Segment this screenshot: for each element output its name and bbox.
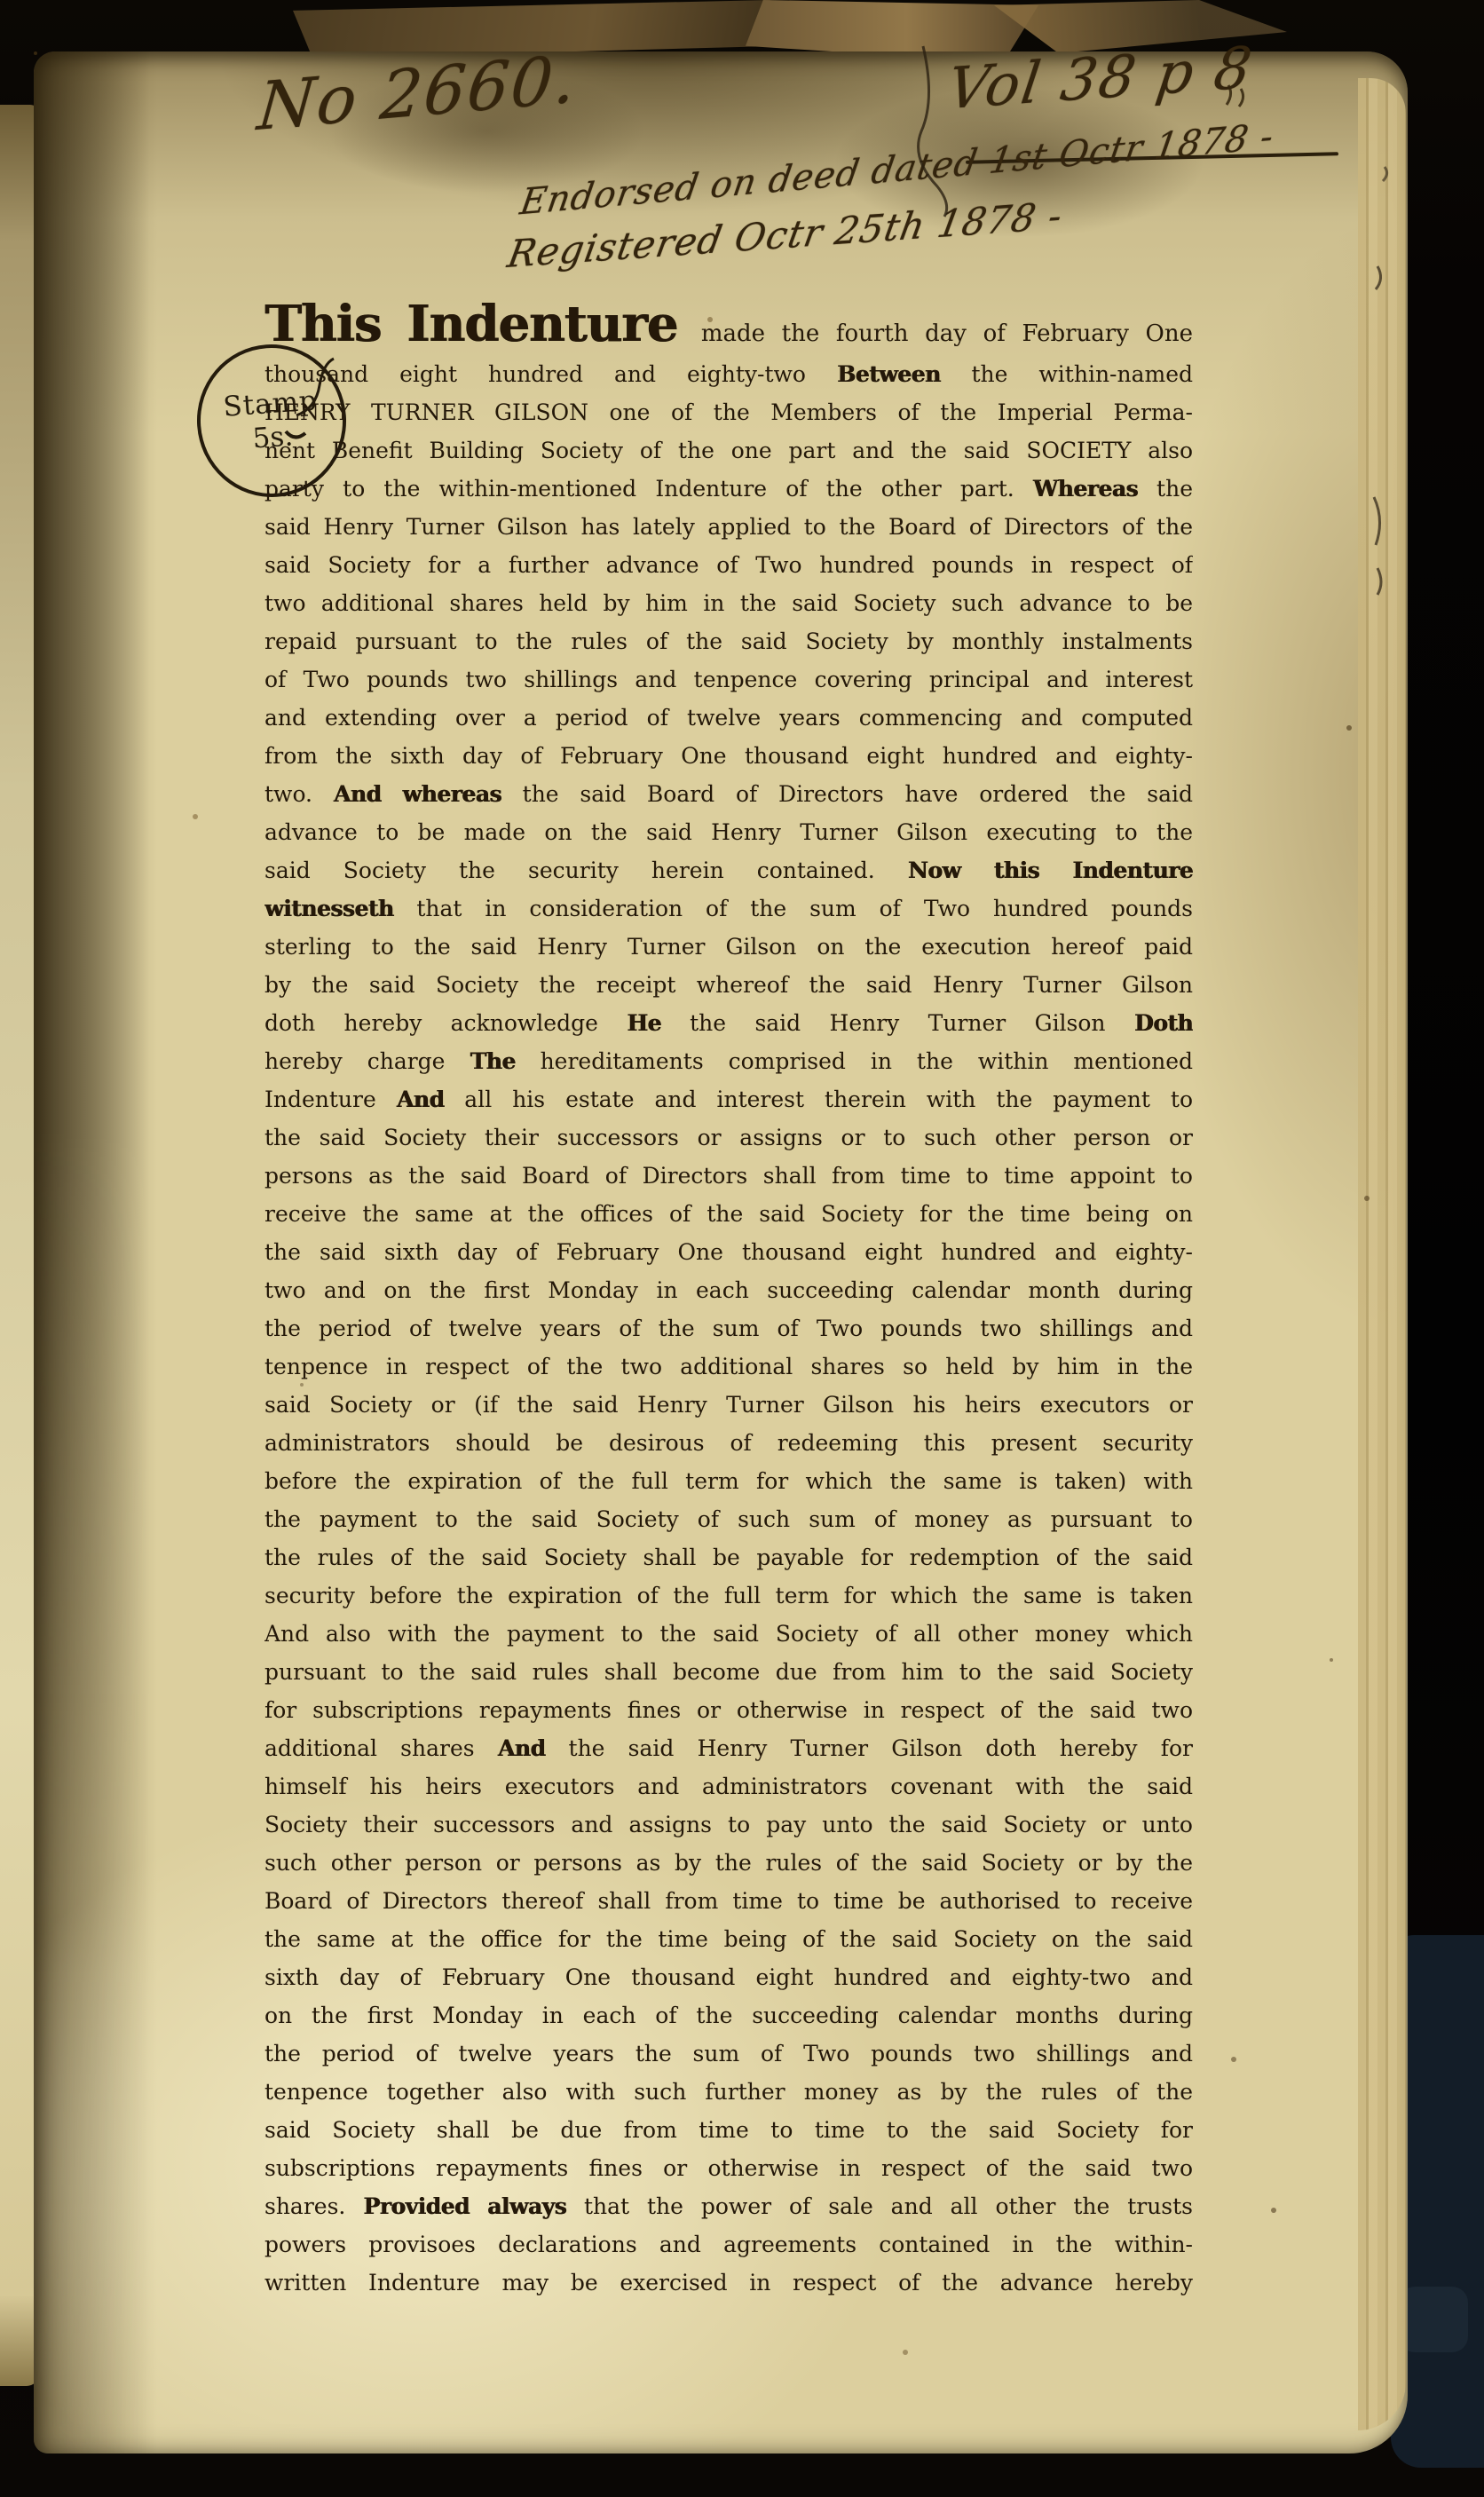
deed-blackletter-word: And bbox=[397, 1087, 445, 1112]
deed-text-segment: himself his heirs executors and administ… bbox=[264, 1774, 1193, 1799]
deed-text-segment: tenpence in respect of the two additiona… bbox=[264, 1354, 1193, 1379]
deed-text-segment: two additional shares held by him in the… bbox=[264, 590, 1193, 616]
deed-text-segment: shares. bbox=[264, 2193, 363, 2219]
deed-line: witnesseth that in consideration of the … bbox=[264, 889, 1193, 928]
deed-text-segment: doth hereby acknowledge bbox=[264, 1010, 627, 1036]
deed-blackletter-word: witnesseth bbox=[264, 896, 393, 921]
deed-line: the same at the office for the time bein… bbox=[264, 1920, 1193, 1958]
scanned-book-photo: No 2660. Vol 38 p 8 Endorsed on deed dat… bbox=[0, 0, 1484, 2497]
deed-line: party to the within-mentioned Indenture … bbox=[264, 470, 1193, 508]
deed-blackletter-word: He bbox=[627, 1010, 661, 1036]
deed-line: repaid pursuant to the rules of the said… bbox=[264, 622, 1193, 660]
deed-text-segment: the period of twelve years of the sum of… bbox=[264, 1316, 1193, 1341]
deed-text-segment: HENRY TURNER GILSON one of the Members o… bbox=[264, 399, 1193, 425]
deed-text-segment: sixth day of February One thousand eight… bbox=[264, 1964, 1193, 1990]
deed-text-segment: receive the same at the offices of the s… bbox=[264, 1201, 1193, 1227]
deed-text-segment: two and on the first Monday in each succ… bbox=[264, 1277, 1193, 1303]
gutter-shadow bbox=[34, 51, 149, 2454]
deed-line: for subscriptions repayments fines or ot… bbox=[264, 1691, 1193, 1729]
deed-line: security before the expiration of the fu… bbox=[264, 1576, 1193, 1615]
deed-line: HENRY TURNER GILSON one of the Members o… bbox=[264, 393, 1193, 431]
deed-text-segment: the said Board of Directors have ordered… bbox=[501, 781, 1193, 807]
deed-line: such other person or persons as by the r… bbox=[264, 1844, 1193, 1882]
deed-line: two and on the first Monday in each succ… bbox=[264, 1271, 1193, 1309]
deed-line: Indenture And all his estate and interes… bbox=[264, 1080, 1193, 1118]
deed-line: tenpence in respect of the two additiona… bbox=[264, 1347, 1193, 1386]
deed-line: nent Benefit Building Society of the one… bbox=[264, 431, 1193, 470]
deed-text-segment: sterling to the said Henry Turner Gilson… bbox=[264, 934, 1193, 960]
deed-text-segment: hereby charge bbox=[264, 1048, 470, 1074]
deed-line: himself his heirs executors and administ… bbox=[264, 1767, 1193, 1806]
deed-line: doth hereby acknowledge He the said Henr… bbox=[264, 1004, 1193, 1042]
deed-text-segment: And also with the payment to the said So… bbox=[264, 1621, 1193, 1647]
deed-text-segment: and extending over a period of twelve ye… bbox=[264, 705, 1193, 731]
deed-text-segment: that the power of sale and all other the… bbox=[566, 2193, 1193, 2219]
deed-text-segment: said Society or (if the said Henry Turne… bbox=[264, 1392, 1193, 1418]
deed-line: the rules of the said Society shall be p… bbox=[264, 1538, 1193, 1576]
deed-line: said Society the security herein contain… bbox=[264, 851, 1193, 889]
deed-text-segment: for subscriptions repayments fines or ot… bbox=[264, 1697, 1193, 1723]
deed-text-segment: the bbox=[1138, 476, 1193, 502]
deed-text-segment: Indenture bbox=[264, 1087, 397, 1112]
deed-line: the period of twelve years the sum of Tw… bbox=[264, 2035, 1193, 2073]
deed-line: the payment to the said Society of such … bbox=[264, 1500, 1193, 1538]
deed-line: said Society shall be due from time to t… bbox=[264, 2111, 1193, 2149]
deed-text-segment: written Indenture may be exercised in re… bbox=[264, 2270, 1193, 2296]
deed-line: receive the same at the offices of the s… bbox=[264, 1195, 1193, 1233]
deed-blackletter-word: And bbox=[498, 1735, 546, 1761]
deed-line: shares. Provided always that the power o… bbox=[264, 2187, 1193, 2225]
deed-line: sixth day of February One thousand eight… bbox=[264, 1958, 1193, 1996]
deed-text-segment: additional shares bbox=[264, 1735, 498, 1761]
deed-text-segment: Society their successors and assigns to … bbox=[264, 1812, 1193, 1837]
deed-text-segment: the said Henry Turner Gilson bbox=[661, 1010, 1134, 1036]
deed-blackletter-word: The bbox=[470, 1048, 515, 1074]
deed-blackletter-word: Between bbox=[837, 361, 941, 387]
deed-text: This Indenture made the fourth day of Fe… bbox=[264, 293, 1193, 2302]
deed-text-segment: the said sixth day of February One thous… bbox=[264, 1239, 1193, 1265]
deed-text-segment: the payment to the said Society of such … bbox=[264, 1506, 1193, 1532]
deed-text-segment: such other person or persons as by the r… bbox=[264, 1850, 1193, 1876]
deed-line: thousand eight hundred and eighty-two Be… bbox=[264, 355, 1193, 393]
deed-blackletter-word: And whereas bbox=[334, 781, 501, 807]
deed-line: two additional shares held by him in the… bbox=[264, 584, 1193, 622]
deed-line: tenpence together also with such further… bbox=[264, 2073, 1193, 2111]
deed-text-segment: before the expiration of the full term f… bbox=[264, 1468, 1193, 1494]
deed-line: advance to be made on the said Henry Tur… bbox=[264, 813, 1193, 851]
deed-text-segment: from the sixth day of February One thous… bbox=[264, 743, 1193, 769]
deed-text-segment: powers provisoes declarations and agreem… bbox=[264, 2232, 1193, 2257]
deed-blackletter-word: Provided always bbox=[363, 2193, 566, 2219]
deed-text-segment: the rules of the said Society shall be p… bbox=[264, 1545, 1193, 1570]
deed-line: administrators should be desirous of red… bbox=[264, 1424, 1193, 1462]
deed-text-segment: nent Benefit Building Society of the one… bbox=[264, 438, 1193, 463]
deed-text-segment: two. bbox=[264, 781, 334, 807]
deed-line: the period of twelve years of the sum of… bbox=[264, 1309, 1193, 1347]
deed-blackletter-word: Doth bbox=[1134, 1010, 1193, 1036]
deed-text-segment: advance to be made on the said Henry Tur… bbox=[264, 819, 1193, 845]
deed-text-segment: that in consideration of the sum of Two … bbox=[393, 896, 1193, 921]
deed-line: sterling to the said Henry Turner Gilson… bbox=[264, 928, 1193, 966]
deed-text-segment: said Henry Turner Gilson has lately appl… bbox=[264, 514, 1193, 540]
deed-text-segment: the within-named bbox=[941, 361, 1193, 387]
deed-line: pursuant to the said rules shall become … bbox=[264, 1653, 1193, 1691]
deed-line: said Society or (if the said Henry Turne… bbox=[264, 1386, 1193, 1424]
deed-line: Board of Directors thereof shall from ti… bbox=[264, 1882, 1193, 1920]
deed-text-segment: all his estate and interest therein with… bbox=[444, 1087, 1193, 1112]
deed-text-segment: said Society the security herein contain… bbox=[264, 857, 908, 883]
deed-line: and extending over a period of twelve ye… bbox=[264, 699, 1193, 737]
deed-line: said Society for a further advance of Tw… bbox=[264, 546, 1193, 584]
paper-specks bbox=[34, 51, 37, 55]
deed-text-segment: thousand eight hundred and eighty-two bbox=[264, 361, 837, 387]
deed-line: additional shares And the said Henry Tur… bbox=[264, 1729, 1193, 1767]
page-stack-edge bbox=[1358, 78, 1406, 2430]
deed-line: two. And whereas the said Board of Direc… bbox=[264, 775, 1193, 813]
deed-text-segment: persons as the said Board of Directors s… bbox=[264, 1163, 1193, 1189]
deed-text-segment: Board of Directors thereof shall from ti… bbox=[264, 1888, 1193, 1914]
deed-text-segment: the same at the office for the time bein… bbox=[264, 1926, 1193, 1952]
deed-text-segment: on the first Monday in each of the succe… bbox=[264, 2003, 1193, 2028]
deed-line: from the sixth day of February One thous… bbox=[264, 737, 1193, 775]
deed-line: powers provisoes declarations and agreem… bbox=[264, 2225, 1193, 2264]
deed-text-segment: pursuant to the said rules shall become … bbox=[264, 1659, 1193, 1685]
deed-line: persons as the said Board of Directors s… bbox=[264, 1157, 1193, 1195]
book-cover-clasp bbox=[1399, 2287, 1468, 2352]
deed-text-segment: made the fourth day of February One bbox=[684, 320, 1193, 347]
deed-blackletter-word: Now this Indenture bbox=[908, 857, 1193, 883]
deed-text-segment: subscriptions repayments fines or otherw… bbox=[264, 2155, 1193, 2181]
deed-line: on the first Monday in each of the succe… bbox=[264, 1996, 1193, 2035]
deed-line: before the expiration of the full term f… bbox=[264, 1462, 1193, 1500]
deed-line: hereby charge The hereditaments comprise… bbox=[264, 1042, 1193, 1080]
deed-line: subscriptions repayments fines or otherw… bbox=[264, 2149, 1193, 2187]
deed-text-segment: said Society shall be due from time to t… bbox=[264, 2117, 1193, 2143]
deed-line: the said Society their successors or ass… bbox=[264, 1118, 1193, 1157]
deed-line: This Indenture made the fourth day of Fe… bbox=[264, 293, 1193, 355]
deed-line: Society their successors and assigns to … bbox=[264, 1806, 1193, 1844]
deed-text-segment: party to the within-mentioned Indenture … bbox=[264, 476, 1033, 502]
deed-line: by the said Society the receipt whereof … bbox=[264, 966, 1193, 1004]
deed-text-segment: said Society for a further advance of Tw… bbox=[264, 552, 1193, 578]
deed-line: the said sixth day of February One thous… bbox=[264, 1233, 1193, 1271]
deed-text-segment: security before the expiration of the fu… bbox=[264, 1583, 1193, 1608]
deed-text-segment: hereditaments comprised in the within me… bbox=[516, 1048, 1193, 1074]
deed-text-segment: of Two pounds two shillings and tenpence… bbox=[264, 667, 1193, 692]
deed-line: of Two pounds two shillings and tenpence… bbox=[264, 660, 1193, 699]
deed-line: And also with the payment to the said So… bbox=[264, 1615, 1193, 1653]
deed-text-segment: tenpence together also with such further… bbox=[264, 2079, 1193, 2105]
deed-text-segment: by the said Society the receipt whereof … bbox=[264, 972, 1193, 998]
deed-text-segment: the period of twelve years the sum of Tw… bbox=[264, 2041, 1193, 2066]
deed-text-segment: the said Society their successors or ass… bbox=[264, 1125, 1193, 1150]
deed-blackletter-word: This Indenture bbox=[264, 295, 684, 353]
deed-blackletter-word: Whereas bbox=[1033, 476, 1138, 502]
deed-text-segment: the said Henry Turner Gilson doth hereby… bbox=[545, 1735, 1193, 1761]
deed-line: said Henry Turner Gilson has lately appl… bbox=[264, 508, 1193, 546]
deed-text-segment: repaid pursuant to the rules of the said… bbox=[264, 628, 1193, 654]
deed-line: written Indenture may be exercised in re… bbox=[264, 2264, 1193, 2302]
deed-text-segment: administrators should be desirous of red… bbox=[264, 1430, 1193, 1456]
